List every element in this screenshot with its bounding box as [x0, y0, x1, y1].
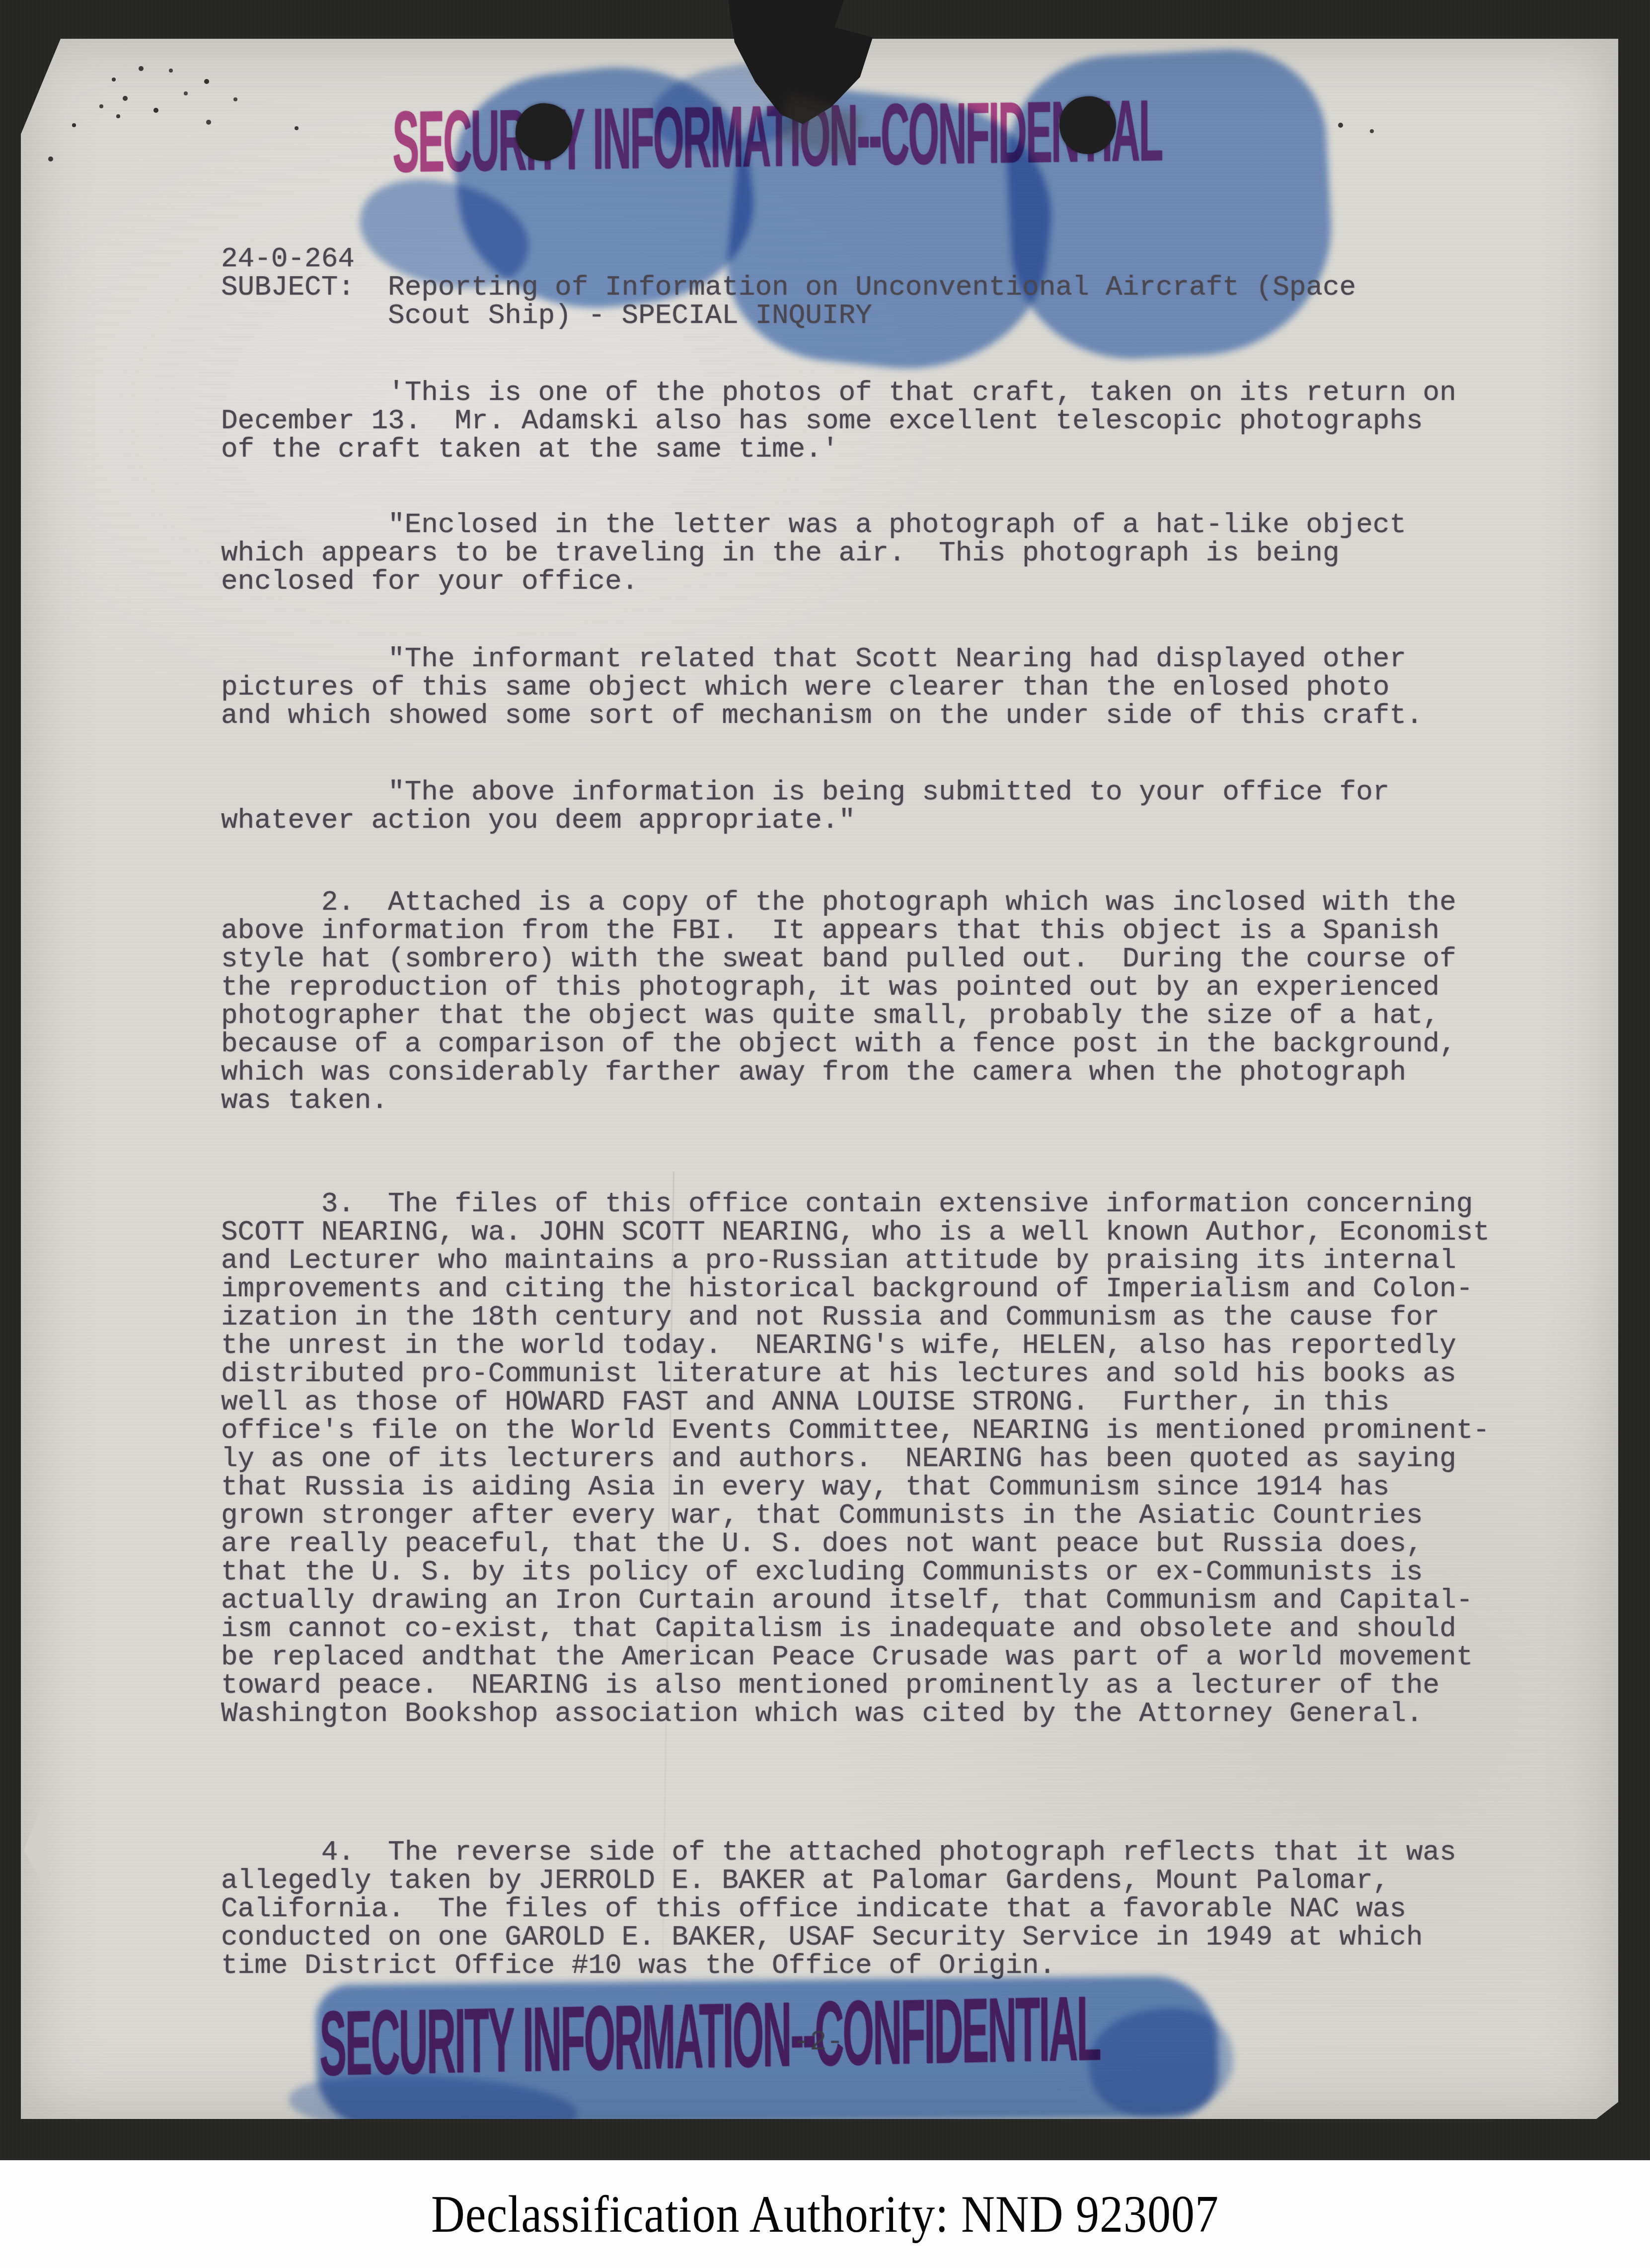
doc-number-and-subject: 24-0-264 SUBJECT: Reporting of Informati…: [221, 245, 1559, 330]
paper-edge-tear: [24, 1805, 50, 1887]
quoted-paragraph-submitted: "The above information is being submitte…: [221, 778, 1559, 835]
numbered-paragraph-2: 2. Attached is a copy of the photograph …: [221, 888, 1559, 1115]
scanner-background: SECURITY INFORMATION--CONFIDENTIAL 24-0-…: [0, 0, 1650, 2160]
quoted-paragraph-photos: 'This is one of the photos of that craft…: [221, 379, 1559, 464]
paper-specks: [21, 39, 23, 41]
declassification-text: Declassification Authority: NND 923007: [431, 2184, 1219, 2244]
declassification-band: Declassification Authority: NND 923007: [0, 2160, 1650, 2268]
quoted-paragraph-informant: "The informant related that Scott Nearin…: [221, 645, 1559, 730]
quoted-paragraph-enclosed-photo: "Enclosed in the letter was a photograph…: [221, 511, 1559, 596]
page-number: -2-: [793, 2026, 843, 2058]
numbered-paragraph-3: 3. The files of this office contain exte…: [221, 1190, 1559, 1728]
numbered-paragraph-4: 4. The reverse side of the attached phot…: [221, 1838, 1559, 1980]
document-paper: SECURITY INFORMATION--CONFIDENTIAL 24-0-…: [21, 39, 1618, 2119]
